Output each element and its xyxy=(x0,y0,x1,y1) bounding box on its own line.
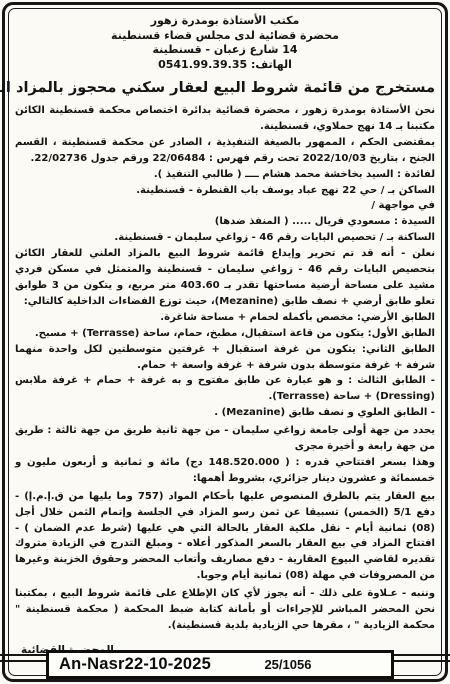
paragraph-opening-price: وهذا بسعر افتتاحي قدره : ( 148.520.000 د… xyxy=(15,455,435,487)
paragraph-first-floor: الطابق الأول: يتكون من قاعة استقبال، مطب… xyxy=(15,326,435,342)
paragraph-announcement: نعلن - أنه قد تم تحرير وإيداع قائمة شروط… xyxy=(15,246,435,310)
paragraph-defendant-address: الساكنة بـ / تحصيص البايات رقم 46 - زواغ… xyxy=(15,230,435,246)
office-header: مكتب الأستاذة بومدرة زهور محضرة قضائية ل… xyxy=(15,14,435,72)
paragraph-second-floor: الطابق الثاني: يتكون من غرفة استقبال + غ… xyxy=(15,342,435,374)
notice-content: مكتب الأستاذة بومدرة زهور محضرة قضائية ل… xyxy=(15,14,435,642)
notice-body: نحن الأستاذة بومدرة زهور ، محضرة قضائية … xyxy=(15,103,435,634)
paragraph-beneficiary: لفائدة : السيد بخاخشة محمد هشام ــــ ( ط… xyxy=(15,167,435,183)
office-phone: الهاتف: 0541.99.39.35 xyxy=(15,58,435,73)
paragraph-upper-floor: - الطابق العلوي و نصف طابق (Mezanine) . xyxy=(15,405,435,421)
paragraph-judgment: بمقتضى الحكم ، الممهور بالصيغة التنفيذية… xyxy=(15,135,435,167)
office-address: 14 شارع زعبان - قسنطينة xyxy=(15,43,435,58)
paragraph-boundaries: يحدد من جهة أولى جامعة زواغي سليمان - من… xyxy=(15,423,435,455)
paragraph-third-floor: - الطابق الثالث : و هو عبارة عن طابق مفت… xyxy=(15,373,435,405)
legal-notice-page: مكتب الأستاذة بومدرة زهور محضرة قضائية ل… xyxy=(0,0,450,684)
paragraph-intro: نحن الأستاذة بومدرة زهور ، محضرة قضائية … xyxy=(15,103,435,135)
office-role: محضرة قضائية لدى مجلس قضاء قسنطينة xyxy=(15,29,435,44)
paragraph-sale-conditions: بيع العقار يتم بالطرق المنصوص عليها بأحك… xyxy=(15,489,435,584)
paragraph-ground-floor: الطابق الأرضي: مخصص بأكمله لحمام + مساحة… xyxy=(15,310,435,326)
paragraph-defendant: السيدة : مسعودي فريال ..... ( المنفذ ضده… xyxy=(15,214,435,230)
publication-reference-number: 25/1056 xyxy=(264,657,311,672)
publication-source-date: An-Nasr22-10-2025 xyxy=(49,655,211,674)
office-name: مكتب الأستاذة بومدرة زهور xyxy=(15,14,435,29)
publication-stamp-box: An-Nasr22-10-2025 25/1056 xyxy=(46,650,394,679)
paragraph-beneficiary-address: الساكن بـ / حي 22 نهج عباد يوسف باب القن… xyxy=(15,183,435,199)
paragraph-versus: في مواجهة / xyxy=(15,198,435,214)
paragraph-consultation: وننبه - عـلاوة على ذلك - أنه يجوز لأي كا… xyxy=(15,586,435,634)
notice-title: مستخرج من قائمة شروط البيع لعقار سكني مح… xyxy=(15,78,435,97)
